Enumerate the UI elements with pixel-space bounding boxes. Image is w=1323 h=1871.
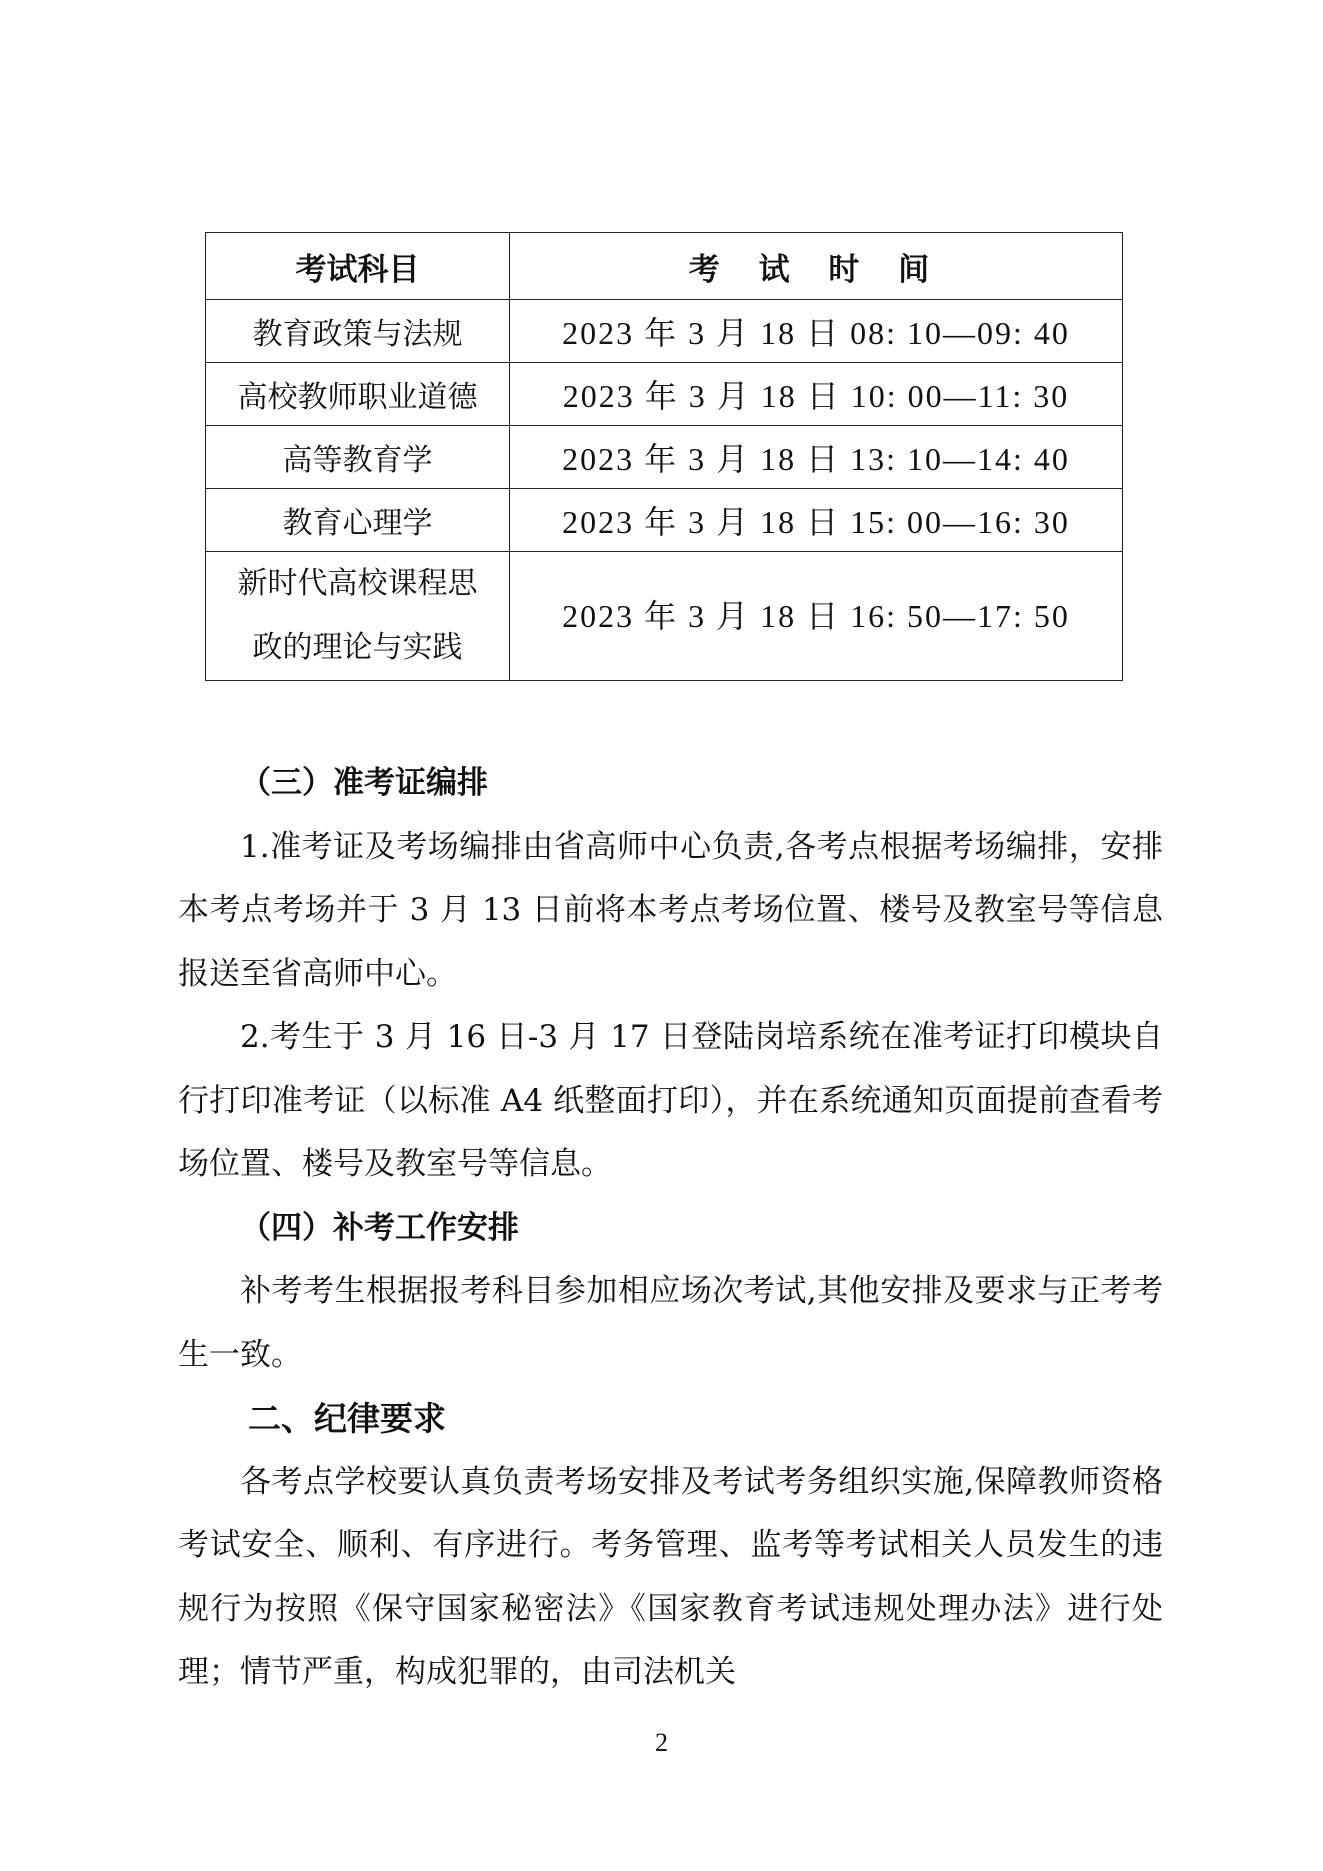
table-row: 教育心理学 2023 年 3 月 18 日 15: 00—16: 30 xyxy=(206,489,1123,552)
body-text: （三）准考证编排 1.准考证及考场编排由省高师中心负责,各考点根据考场编排，安排… xyxy=(178,752,1163,1705)
table-row: 新时代高校课程思 政的理论与实践 2023 年 3 月 18 日 16: 50—… xyxy=(206,552,1123,681)
time-cell: 2023 年 3 月 18 日 13: 10—14: 40 xyxy=(510,426,1123,489)
table-row: 高校教师职业道德 2023 年 3 月 18 日 10: 00—11: 30 xyxy=(206,363,1123,426)
subject-cell: 教育政策与法规 xyxy=(206,300,510,363)
section-heading-4: （四）补考工作安排 xyxy=(178,1197,1163,1261)
part-heading-2: 二、纪律要求 xyxy=(178,1387,1163,1451)
page-number: 2 xyxy=(0,1728,1323,1758)
table-row: 教育政策与法规 2023 年 3 月 18 日 08: 10—09: 40 xyxy=(206,300,1123,363)
header-time: 考 试 时 间 xyxy=(510,233,1123,300)
subject-cell: 教育心理学 xyxy=(206,489,510,552)
paragraph: 1.准考证及考场编排由省高师中心负责,各考点根据考场编排，安排本考点考场并于 3… xyxy=(178,816,1163,1007)
subject-cell: 高等教育学 xyxy=(206,426,510,489)
time-cell: 2023 年 3 月 18 日 15: 00—16: 30 xyxy=(510,489,1123,552)
header-subject: 考试科目 xyxy=(206,233,510,300)
subject-cell: 新时代高校课程思 政的理论与实践 xyxy=(206,552,510,681)
paragraph: 2.考生于 3 月 16 日-3 月 17 日登陆岗培系统在准考证打印模块自行打… xyxy=(178,1006,1163,1197)
subject-line-2: 政的理论与实践 xyxy=(206,616,509,680)
table-header-row: 考试科目 考 试 时 间 xyxy=(206,233,1123,300)
paragraph: 各考点学校要认真负责考场安排及考试考务组织实施,保障教师资格考试安全、顺利、有序… xyxy=(178,1451,1163,1705)
paragraph: 补考考生根据报考科目参加相应场次考试,其他安排及要求与正考考生一致。 xyxy=(178,1260,1163,1387)
document-page: 考试科目 考 试 时 间 教育政策与法规 2023 年 3 月 18 日 08:… xyxy=(0,0,1323,1871)
exam-schedule-table: 考试科目 考 试 时 间 教育政策与法规 2023 年 3 月 18 日 08:… xyxy=(205,232,1123,681)
time-cell: 2023 年 3 月 18 日 08: 10—09: 40 xyxy=(510,300,1123,363)
time-cell: 2023 年 3 月 18 日 10: 00—11: 30 xyxy=(510,363,1123,426)
table-row: 高等教育学 2023 年 3 月 18 日 13: 10—14: 40 xyxy=(206,426,1123,489)
time-cell: 2023 年 3 月 18 日 16: 50—17: 50 xyxy=(510,552,1123,681)
subject-cell: 高校教师职业道德 xyxy=(206,363,510,426)
section-heading-3: （三）准考证编排 xyxy=(178,752,1163,816)
subject-line-1: 新时代高校课程思 xyxy=(206,552,509,616)
